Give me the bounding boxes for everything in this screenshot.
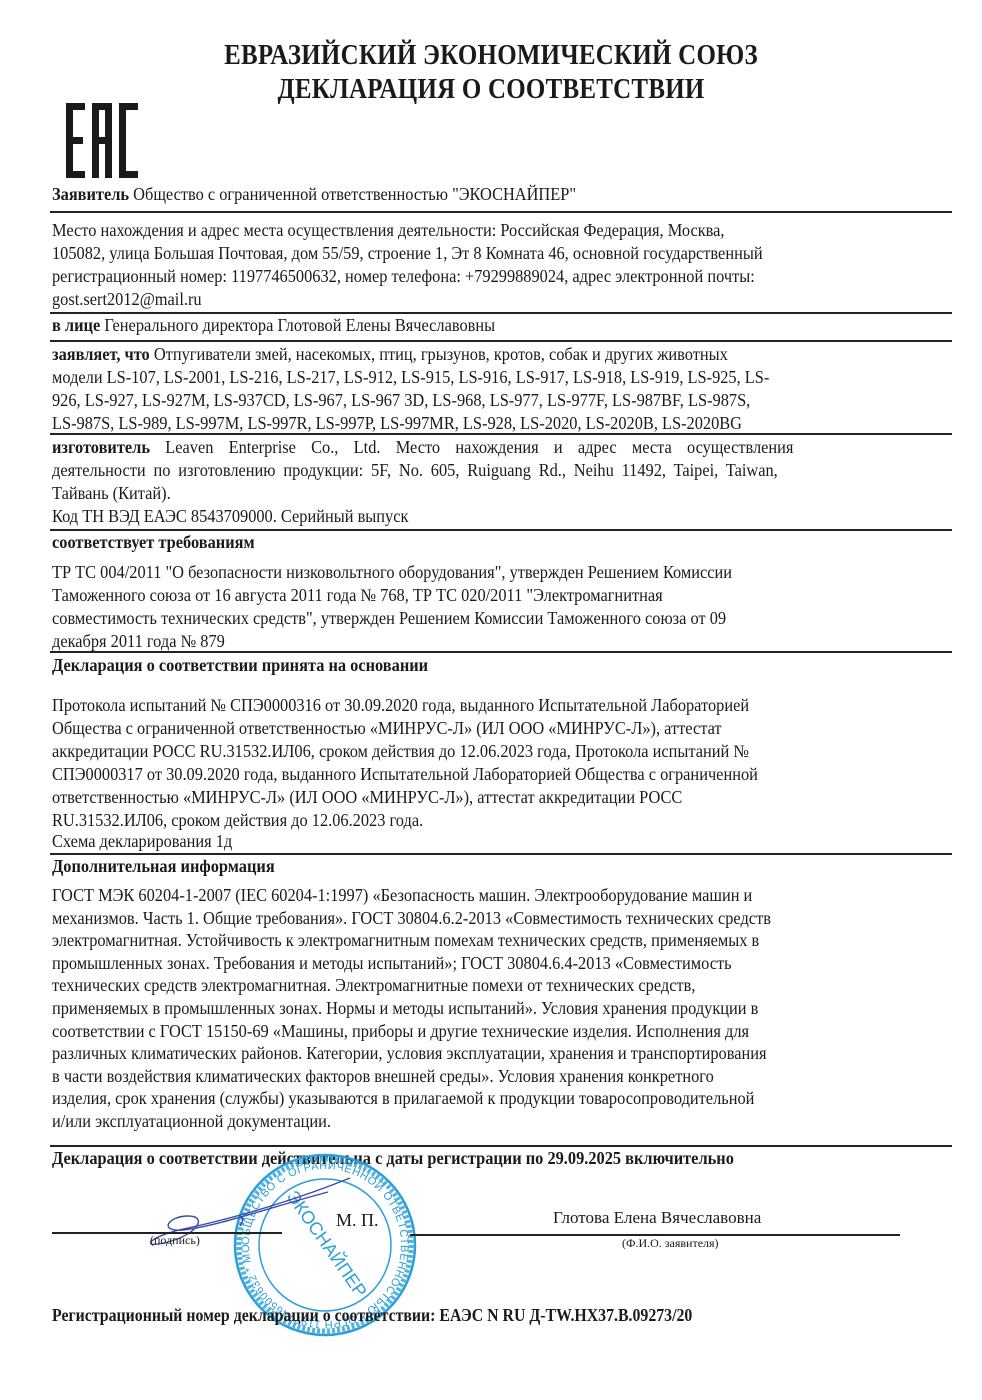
models-line: модели LS-107, LS-2001, LS-216, LS-217, … [52,366,954,389]
manufacturer-line: Тайвань (Китай). [52,482,954,505]
basis-line: Общества с ограниченной ответственностью… [52,717,954,740]
validity-statement: Декларация о соответствии действительна … [52,1147,887,1170]
represented-value: Генерального директора Глотовой Елены Вя… [104,315,495,335]
signer-caption: (Ф.И.О. заявителя) [622,1236,719,1251]
additional-block: ГОСТ МЭК 60204-1-2007 (IEC 60204-1:1997)… [52,884,954,1133]
models-line: 926, LS-927, LS-927M, LS-937CD, LS-967, … [52,389,954,412]
manufacturer-label: изготовитель [52,437,150,457]
divider [50,340,952,342]
basis-line: СПЭ0000317 от 30.09.2020 года, выданного… [52,763,954,786]
additional-line: соответствии с ГОСТ 15150-69 «Машины, пр… [52,1020,954,1043]
seal-label: М. П. [336,1210,379,1231]
additional-line: в части воздействия климатических фактор… [52,1065,954,1088]
basis-line: RU.31532.ИЛ06, сроком действия до 12.06.… [52,809,954,832]
divider [50,211,952,213]
represented-row: в лице Генерального директора Глотовой Е… [52,314,887,337]
document-title: ДЕКЛАРАЦИЯ О СООТВЕТСТВИИ [69,72,914,106]
basis-heading: Декларация о соответствии принята на осн… [52,654,887,677]
applicant-label: Заявитель [52,184,129,204]
divider [50,651,952,653]
represented-label: в лице [52,315,100,335]
address-block: Место нахождения и адрес места осуществл… [52,219,954,311]
address-line: регистрационный номер: 1197746500632, но… [52,265,954,288]
divider [50,433,952,435]
signature-caption: (подпись) [150,1233,200,1248]
eac-logo-icon [66,103,138,178]
basis-line: Протокола испытаний № СПЭ0000316 от 30.0… [52,694,954,717]
additional-line: применяемых в промышленных зонах. Нормы … [52,997,954,1020]
additional-line: электромагнитная. Устойчивость к электро… [52,929,954,952]
manufacturer-first-line: Leaven Enterprise Co., Ltd. Место нахожд… [165,437,793,457]
address-line: Место нахождения и адрес места осуществл… [52,219,954,242]
basis-line: аккредитации РОСС RU.31532.ИЛ06, сроком … [52,740,954,763]
additional-line: технических средств электромагнитная. Эл… [52,974,954,997]
registration-number: Регистрационный номер декларации о соотв… [52,1304,860,1327]
hs-code-line: Код ТН ВЭД ЕАЭС 8543709000. Серийный вып… [52,505,954,528]
address-email: gost.sert2012@mail.ru [52,288,954,311]
declaration-scheme: Схема декларирования 1д [52,832,954,850]
additional-line: механизмов. Часть 1. Общие требования». … [52,907,954,930]
manufacturer-line: деятельности по изготовлению продукции: … [52,459,954,482]
requirements-line: декабря 2011 года № 879 [52,630,954,653]
additional-line: промышленных зонах. Требования и методы … [52,952,954,975]
additional-line: различных климатических районов. Категор… [52,1042,954,1065]
union-title: ЕВРАЗИЙСКИЙ ЭКОНОМИЧЕСКИЙ СОЮЗ [69,38,914,72]
additional-line: и/или эксплуатационной документации. [52,1110,954,1133]
additional-line: ГОСТ МЭК 60204-1-2007 (IEC 60204-1:1997)… [52,884,954,907]
declares-block: заявляет, что Отпугиватели змей, насеком… [52,343,954,435]
requirements-line: Таможенного союза от 16 августа 2011 год… [52,584,954,607]
declares-label: заявляет, что [52,344,150,364]
address-line: 105082, улица Большая Почтовая, дом 55/5… [52,242,954,265]
additional-line: изделия, срок хранения (службы) указываю… [52,1087,954,1110]
declares-product: Отпугиватели змей, насекомых, птиц, грыз… [154,344,728,364]
signer-name: Глотова Елена Вячеславовна [553,1208,761,1228]
basis-block: Протокола испытаний № СПЭ0000316 от 30.0… [52,694,954,850]
applicant-row: Заявитель Общество с ограниченной ответс… [52,183,887,206]
requirements-block: ТР ТС 004/2011 "О безопасности низковоль… [52,561,954,653]
requirements-line: ТР ТС 004/2011 "О безопасности низковоль… [52,561,954,584]
additional-heading: Дополнительная информация [52,855,887,878]
applicant-value: Общество с ограниченной ответственностью… [133,184,576,204]
requirements-line: совместимость технических средств", утве… [52,607,954,630]
models-line: LS-987S, LS-989, LS-997M, LS-997R, LS-99… [52,412,954,435]
requirements-heading: соответствует требованиям [52,531,887,554]
manufacturer-block: изготовитель Leaven Enterprise Co., Ltd.… [52,436,954,528]
basis-line: ответственностью «МИНРУС-Л» (ИЛ ООО «МИН… [52,786,954,809]
